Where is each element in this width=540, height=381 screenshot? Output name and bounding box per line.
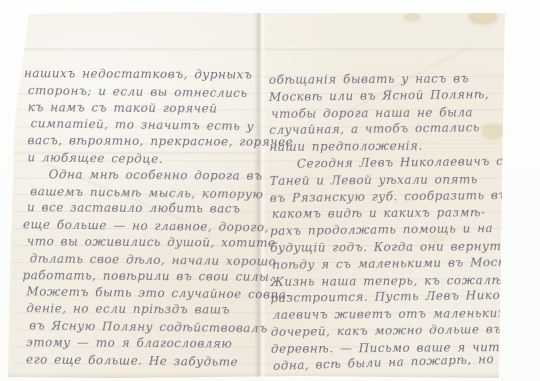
handwriting-line: его еще больше. Не забудьте <box>26 351 260 371</box>
handwriting-line: и любящее сердце. <box>27 149 261 169</box>
left-page-handwriting: нашихъ недостатковъ, дурныхъсторонъ; и е… <box>26 65 262 369</box>
handwriting-line: Можетъ быть это случайное совпа- <box>26 284 260 304</box>
handwriting-line: что вы оживились душой, хотите <box>27 233 261 251</box>
handwriting-line: деніе, но если пріѣздъ вашъ <box>26 300 260 318</box>
handwriting-line: дочерей, какъ можно дольше въ <box>271 321 509 341</box>
handwriting-line: поѣду я съ маленькими въ Москву. <box>272 254 508 274</box>
handwriting-line: васъ, вѣроятно, прекрасное, горячее <box>27 132 261 150</box>
handwriting-line: нашихъ недостатковъ, дурныхъ <box>24 65 262 83</box>
handwriting-line: еще больше — но главное, дорого, <box>23 216 261 236</box>
right-page-handwriting: обѣщанія бывать у насъ въМосквѣ или въ Я… <box>269 70 509 374</box>
handwriting-line: Одна мнѣ особенно дорога въ <box>23 166 261 184</box>
handwriting-line: сторонъ; и если вы отнеслись <box>28 82 262 102</box>
paper-stain <box>404 12 420 22</box>
letter-photo: нашихъ недостатковъ, дурныхъсторонъ; и е… <box>0 0 540 381</box>
handwriting-line: Москвѣ или въ Ясной Полянѣ, <box>269 86 507 106</box>
paper-sheet: нашихъ недостатковъ, дурныхъсторонъ; и е… <box>0 0 540 381</box>
handwriting-line: вашемъ письмѣ мысль, которую <box>30 183 261 203</box>
handwriting-line: случайная, а чтобъ остались <box>269 119 507 139</box>
handwriting-line: въ Ясную Поляну содѣйствовалъ <box>29 317 260 337</box>
handwriting-line: дѣлать свое дѣло, начали хорошо <box>30 250 261 270</box>
paper-stain <box>468 10 498 25</box>
handwriting-line: въ Рязанскую губ. сообразить въ <box>270 186 508 206</box>
handwriting-line: Сегодня Левъ Николаевичъ съ <box>271 153 507 173</box>
handwriting-line: рахъ продолжать помощь и на <box>270 220 508 240</box>
handwriting-line: разстроится. Пусть Левъ Нико- <box>270 287 508 307</box>
handwriting-line: этому — то я благословляю <box>26 334 260 352</box>
handwriting-line: симпатіей, то значитъ есть у <box>31 116 262 136</box>
